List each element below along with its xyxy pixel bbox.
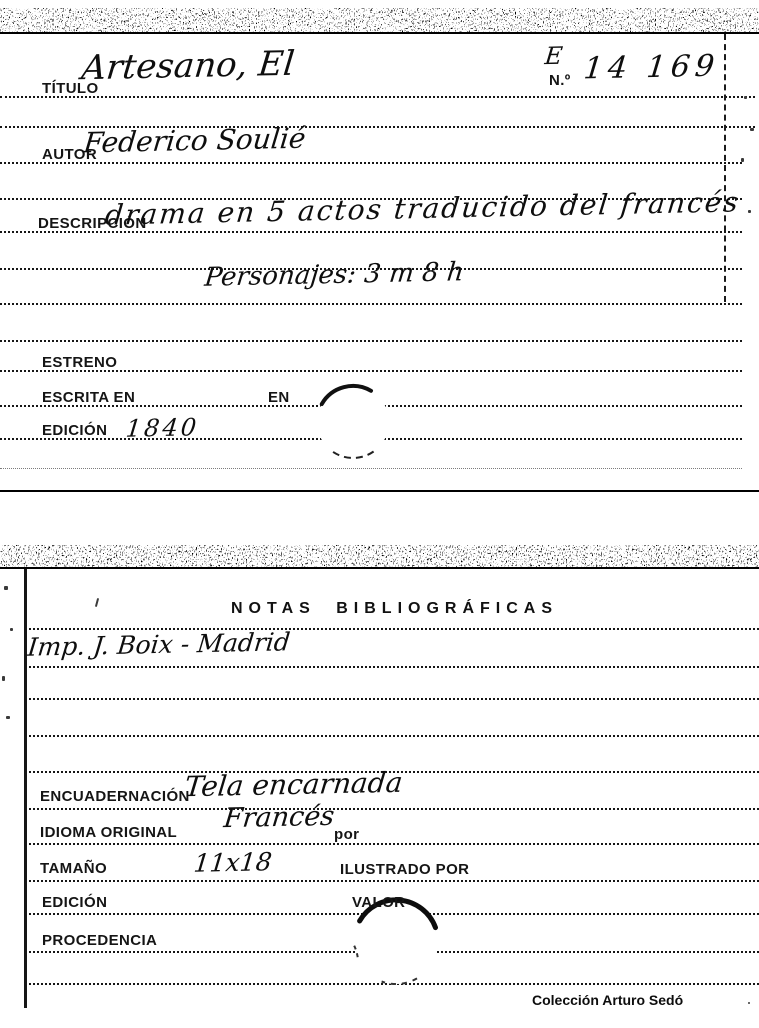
rule-line	[0, 96, 755, 98]
card-number-mark: E	[544, 42, 564, 70]
autor-value: Federico Soulié	[82, 122, 307, 160]
scan-speckle	[748, 210, 751, 213]
titulo-value: Artesano, El	[80, 44, 297, 88]
rule-line	[25, 735, 759, 737]
rule-line	[25, 666, 759, 668]
rule-line-faint	[0, 468, 742, 469]
imprenta-value: Imp. J. Boix - Madrid	[26, 627, 291, 661]
card-number-label: N.º	[549, 72, 571, 89]
card1-right-border	[724, 34, 726, 302]
scan-speckle	[750, 128, 754, 131]
collection-stamp: Colección Arturo Sedó	[532, 992, 683, 1008]
idioma-original-value: Francés	[222, 801, 336, 834]
encuadernacion-value: Tela encarnada	[183, 766, 404, 804]
field-encuadernacion-label: ENCUADERNACIÓN	[40, 788, 190, 805]
rule-line	[25, 808, 759, 810]
card-number-value: 14 169	[582, 49, 721, 87]
field-tamano-label: TAMAÑO	[40, 860, 107, 877]
punch-hole	[312, 381, 394, 463]
field-procedencia-label: PROCEDENCIA	[42, 932, 157, 949]
personajes-note: Personajes: 3 m 8 h	[203, 257, 465, 292]
tamano-value: 11x18	[192, 847, 273, 878]
notas-bibliograficas-header: NOTAS BIBLIOGRÁFICAS	[30, 600, 759, 618]
field-edicion-label: EDICIÓN	[42, 422, 107, 439]
field-por-label: por	[334, 826, 359, 843]
scan-speckle	[741, 158, 744, 162]
descripcion-value: drama en 5 actos traducido del francés	[104, 185, 742, 231]
scan-noise-band-top	[0, 8, 759, 34]
field-ilustrado-por-label: ILUSTRADO POR	[340, 861, 469, 878]
rule-line	[0, 303, 742, 305]
rule-line	[25, 880, 759, 882]
field-en-label: EN	[268, 389, 290, 406]
scan-speckle	[2, 676, 5, 681]
field-estreno-label: ESTRENO	[42, 354, 117, 371]
scan-speckle	[10, 628, 13, 631]
edicion-year-value: 1840	[124, 413, 200, 443]
card1-bottom-edge	[0, 490, 759, 492]
scan-speckle	[744, 96, 747, 99]
field-escrita-en-label: ESCRITA EN	[42, 389, 135, 406]
scan-speckle	[6, 716, 10, 719]
field-idioma-original-label: IDIOMA ORIGINAL	[40, 824, 177, 841]
card2-left-border	[24, 567, 27, 1008]
scan-speckle	[748, 1002, 750, 1004]
rule-line	[25, 843, 759, 845]
field-edicion2-label: EDICIÓN	[42, 894, 107, 911]
field-valor-label: VALOR	[352, 894, 405, 911]
rule-line	[25, 698, 759, 700]
rule-line	[0, 340, 742, 342]
scan-speckle	[4, 586, 8, 590]
scanned-catalog-card-page: TÍTULO AUTOR DESCRIPCIÓN ESTRENO ESCRITA…	[0, 0, 759, 1028]
scan-noise-band-middle	[0, 545, 759, 569]
rule-line	[0, 162, 742, 164]
